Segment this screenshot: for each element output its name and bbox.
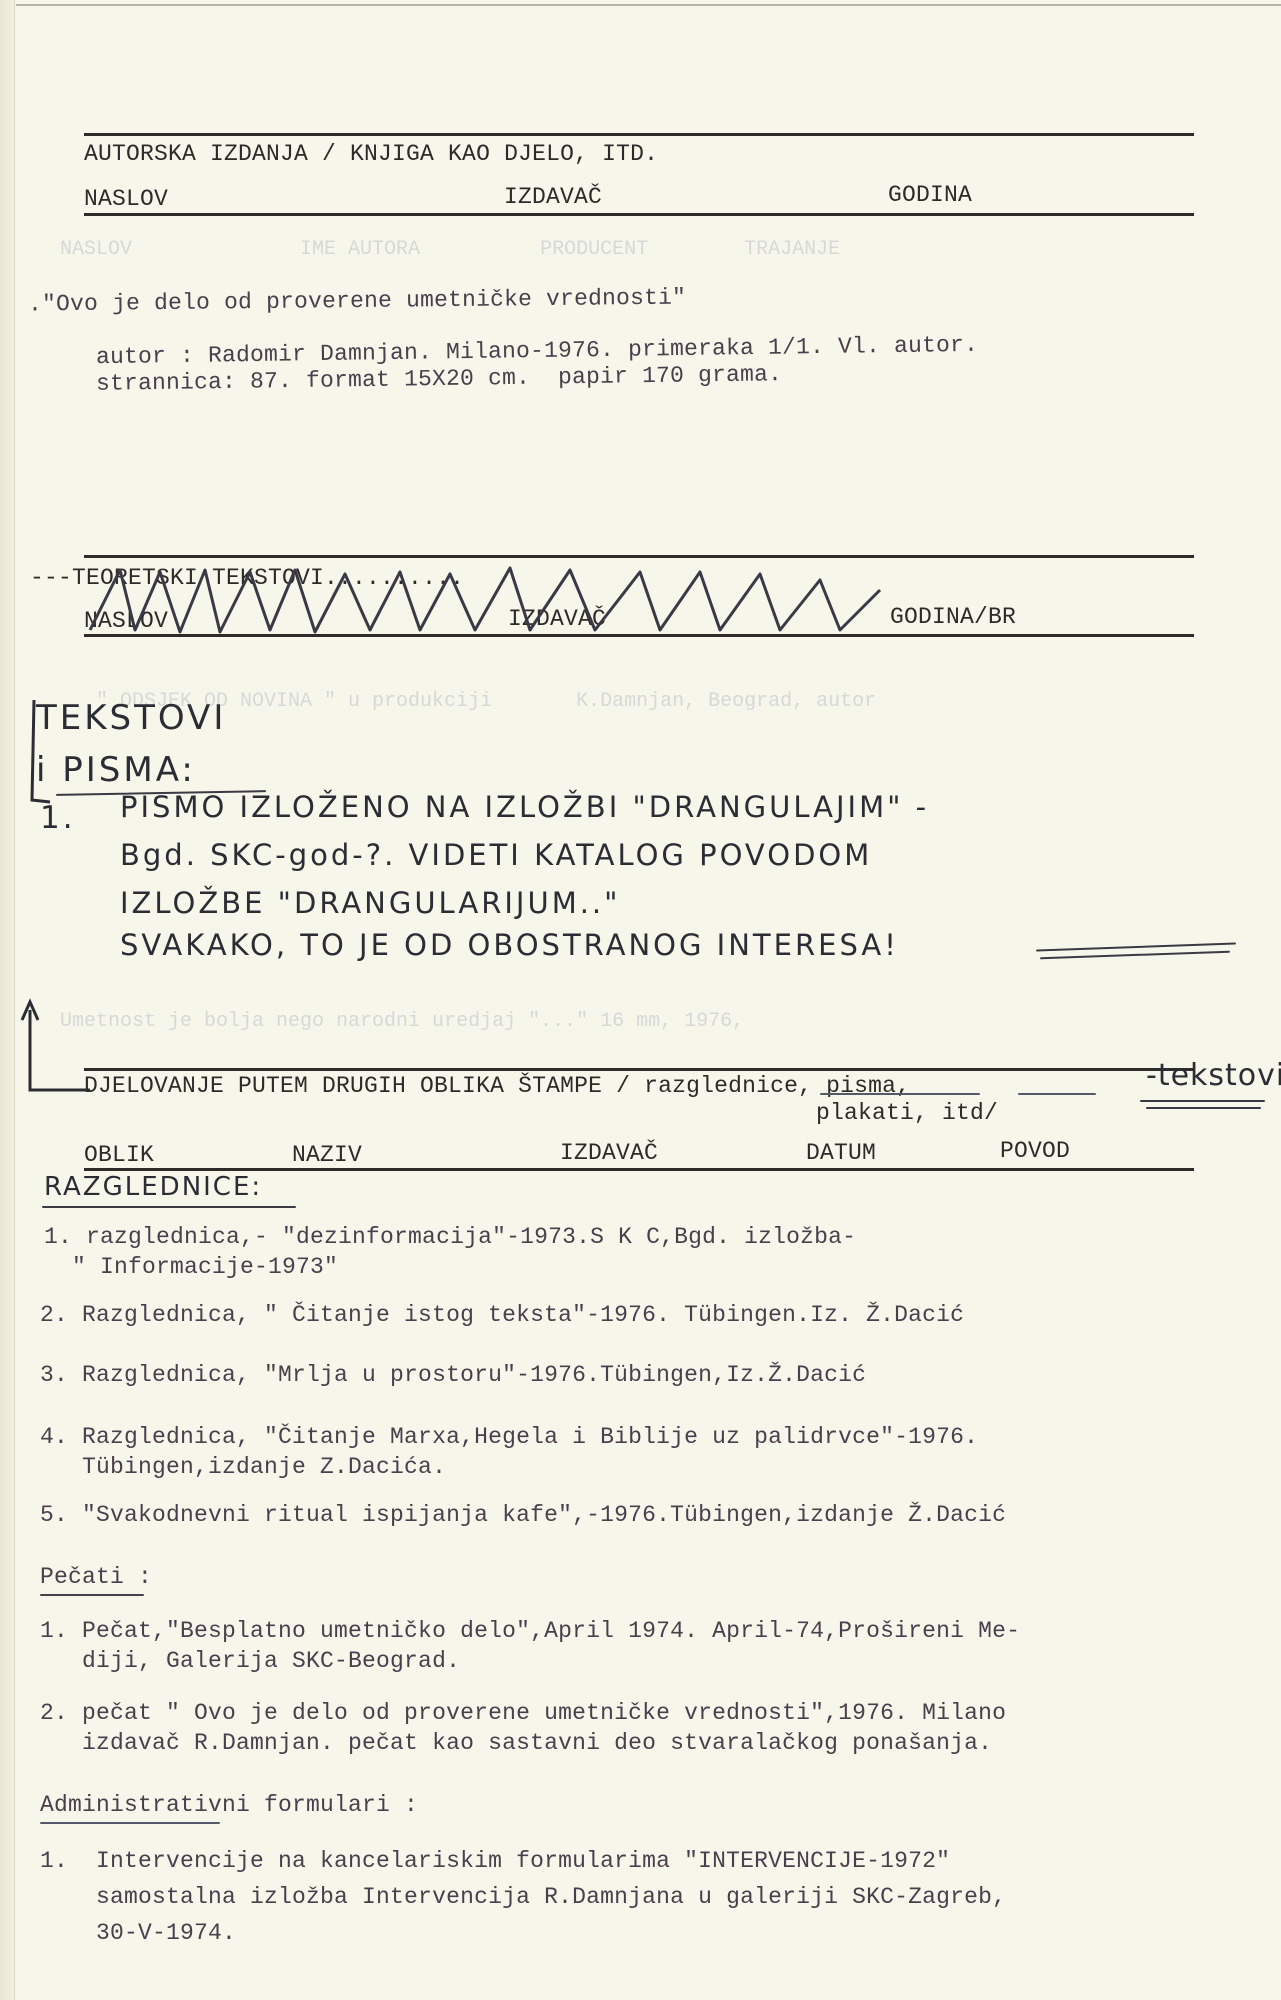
handwritten-underline [1018,1093,1096,1095]
page-binding-edge [0,0,15,2000]
handwritten-underline [1140,1100,1265,1102]
section-title-other-print: DJELOVANJE PUTEM DRUGIH OBLIKA ŠTAMPE / … [84,1073,910,1099]
stamps-heading: Pečati : [40,1564,152,1590]
scribble-cross-out [80,560,980,640]
postcards-heading: RAZGLEDNICE: [44,1172,262,1202]
entry-title: ."Ovo je delo od proverene umetničke vre… [28,285,686,318]
postcard-item: 5. "Svakodnevni ritual ispijanja kafe",-… [40,1502,1006,1528]
handwritten-line: Bgd. SKC-god-?. VIDETI KATALOG POVODOM [120,838,872,872]
handwritten-line: SVAKAKO, TO JE OD OBOSTRANOG INTERESA! [120,928,899,962]
handwritten-line: IZLOŽBE "DRANGULARIJUM.." [120,886,620,920]
section-rule [84,213,1194,216]
bleed-through-text: NASLOV IME AUTORA PRODUCENT TRAJANJE [60,238,840,261]
heading-underline [40,1822,220,1824]
column-naziv: NAZIV [292,1142,362,1168]
postcard-item: 2. Razglednica, " Čitanje istog teksta"-… [40,1302,964,1328]
form-item: samostalna izložba Intervencija R.Damnja… [40,1884,1006,1910]
emphasis-underline [1036,943,1236,952]
column-izdavac: IZDAVAČ [504,184,602,210]
section-title-authored: AUTORSKA IZDANJA / KNJIGA KAO DJELO, ITD… [84,141,658,167]
postcard-item: Tübingen,izdanje Z.Dacića. [40,1454,446,1480]
postcard-item: 4. Razglednica, "Čitanje Marxa,Hegela i … [40,1424,978,1450]
column-oblik: OBLIK [84,1142,154,1168]
postcard-item: " Informacije-1973" [44,1254,338,1280]
emphasis-underline [1040,951,1230,960]
stamp-item: diji, Galerija SKC-Beograd. [40,1648,460,1674]
section-rule [84,1168,1194,1171]
section-rule [84,133,1194,136]
handwritten-item-number: 1. [40,800,76,836]
postcard-item: 3. Razglednica, "Mrlja u prostoru"-1976.… [40,1362,866,1388]
column-izdavac: IZDAVAČ [560,1140,658,1166]
handwritten-line: PISMO IZLOŽENO NA IZLOŽBI "DRANGULAJIM" … [120,790,929,824]
forms-heading: Administrativni formulari : [40,1792,418,1818]
handwritten-heading: i PISMA: [36,750,196,790]
stamp-item: izdavač R.Damnjan. pečat kao sastavni de… [40,1730,992,1756]
form-item: 30-V-1974. [40,1920,236,1946]
column-naslov: NASLOV [84,186,168,212]
postcard-item: 1. razglednica,- "dezinformacija"-1973.S… [44,1224,856,1250]
handwritten-underline [42,1206,296,1208]
stamp-item: 1. Pečat,"Besplatno umetničko delo",Apri… [40,1618,1020,1644]
top-rule [16,4,1281,6]
heading-underline [40,1594,144,1596]
section-title-continued: plakati, itd/ [816,1100,998,1126]
handwritten-underline [820,1093,980,1095]
column-povod: POVOD [1000,1138,1070,1164]
column-datum: DATUM [806,1140,876,1166]
section-rule [84,1068,1194,1071]
bleed-through-text: Umetnost je bolja nego narodni uredjaj "… [60,1010,744,1033]
column-godina: GODINA [888,182,972,208]
section-rule [84,555,1194,558]
stamp-item: 2. pečat " Ovo je delo od proverene umet… [40,1700,1006,1726]
handwritten-heading: TEKSTOVI [36,698,226,738]
form-item: 1. Intervencije na kancelariskim formula… [40,1848,950,1874]
handwritten-addition: -tekstovi [1146,1058,1281,1093]
document-page: NASLOV IME AUTORA PRODUCENT TRAJANJE " O… [0,0,1281,2000]
handwritten-underline [1146,1107,1261,1109]
